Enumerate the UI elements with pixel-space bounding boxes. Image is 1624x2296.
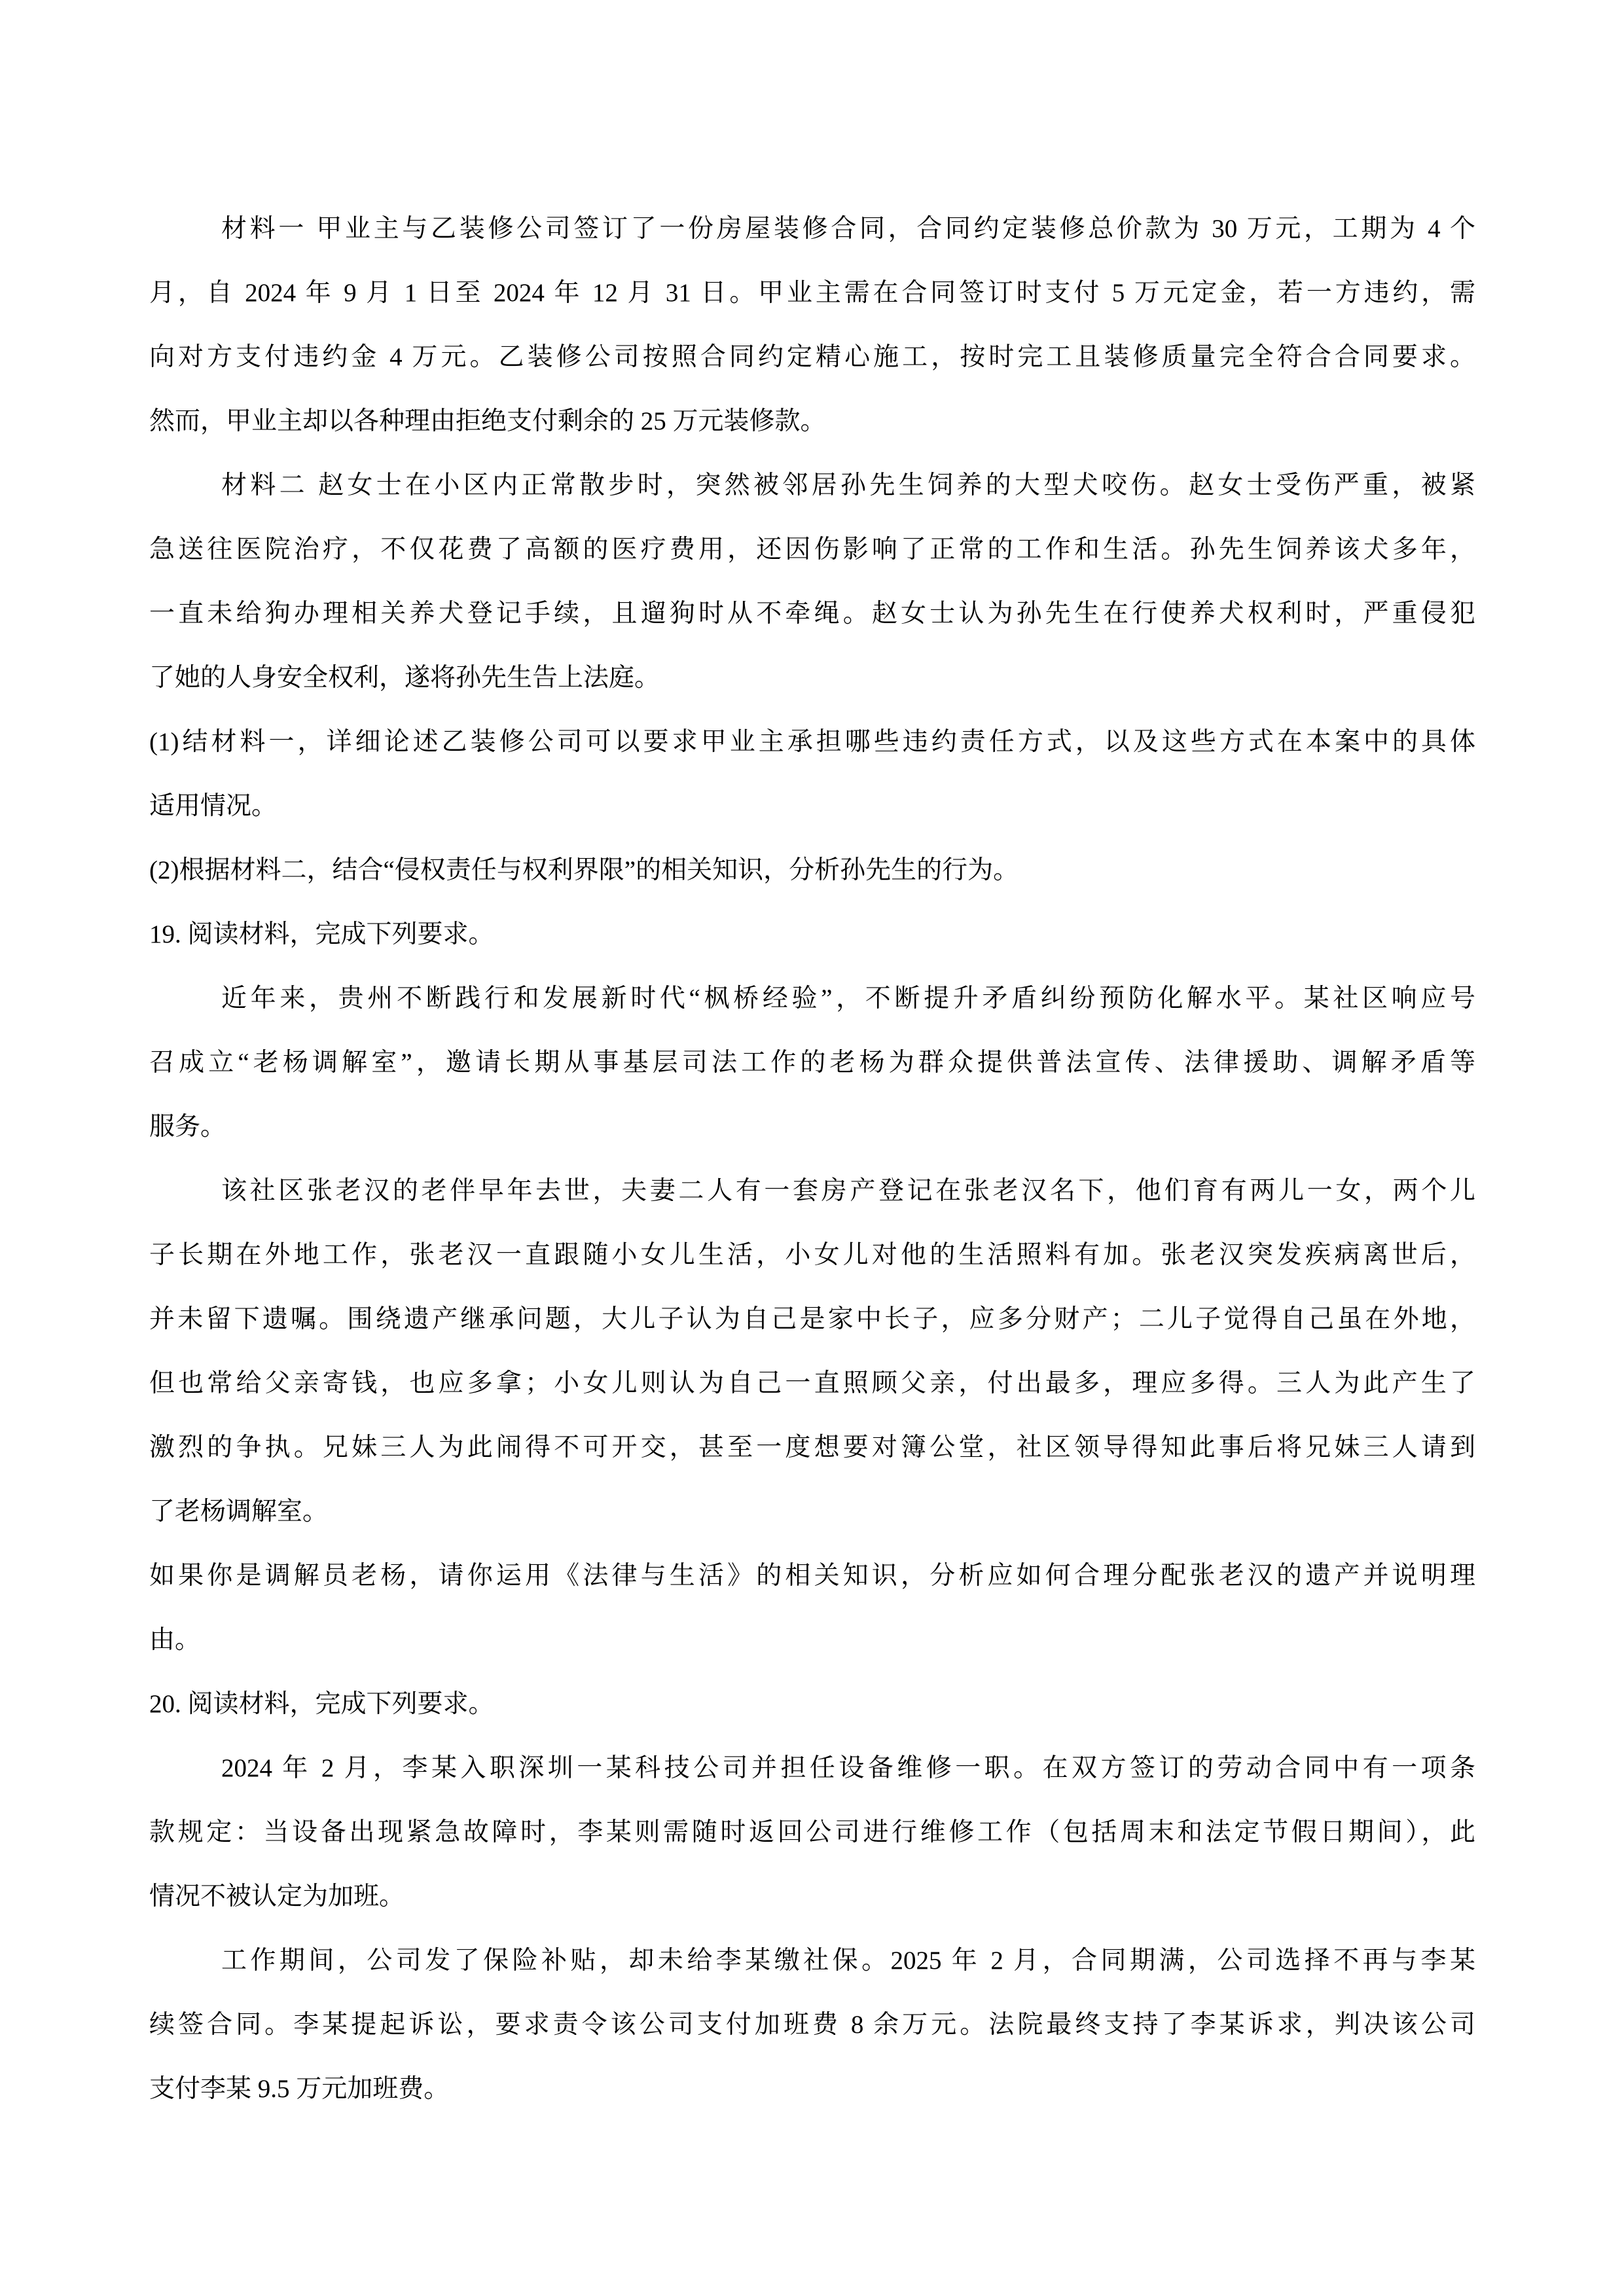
text-line: 19. 阅读材料，完成下列要求。 <box>149 903 1475 967</box>
text-line: 款规定：当设备出现紧急故障时，李某则需随时返回公司进行维修工作（包括周末和法定节… <box>149 1801 1475 1865</box>
text-line: 月，自 2024 年 9 月 1 日至 2024 年 12 月 31 日。甲业主… <box>149 261 1475 325</box>
text-line: (2)根据材料二，结合“侵权责任与权利界限”的相关知识，分析孙先生的行为。 <box>149 838 1475 903</box>
text-line: 服务。 <box>149 1095 1475 1159</box>
text-line: 了她的人身安全权利，遂将孙先生告上法庭。 <box>149 646 1475 710</box>
text-line: 但也常给父亲寄钱，也应多拿；小女儿则认为自己一直照顾父亲，付出最多，理应多得。三… <box>149 1352 1475 1416</box>
text-line: 子长期在外地工作，张老汉一直跟随小女儿生活，小女儿对他的生活照料有加。张老汉突发… <box>149 1223 1475 1287</box>
document-text-block: 材料一 甲业主与乙装修公司签订了一份房屋装修合同，合同约定装修总价款为 30 万… <box>149 197 1475 2121</box>
text-line: 激烈的争执。兄妹三人为此闹得不可开交，甚至一度想要对簿公堂，社区领导得知此事后将… <box>149 1416 1475 1480</box>
text-line: 然而，甲业主却以各种理由拒绝支付剩余的 25 万元装修款。 <box>149 389 1475 454</box>
text-line: 召成立“老杨调解室”，邀请长期从事基层司法工作的老杨为群众提供普法宣传、法律援助… <box>149 1031 1475 1095</box>
text-line: 该社区张老汉的老伴早年去世，夫妻二人有一套房产登记在张老汉名下，他们育有两儿一女… <box>149 1159 1475 1223</box>
text-line: 并未留下遗嘱。围绕遗产继承问题，大儿子认为自己是家中长子，应多分财产；二儿子觉得… <box>149 1287 1475 1352</box>
text-line: 如果你是调解员老杨，请你运用《法律与生活》的相关知识，分析应如何合理分配张老汉的… <box>149 1544 1475 1608</box>
text-line: 一直未给狗办理相关养犬登记手续，且遛狗时从不牵绳。赵女士认为孙先生在行使养犬权利… <box>149 582 1475 646</box>
text-line: 了老杨调解室。 <box>149 1480 1475 1544</box>
text-line: 情况不被认定为加班。 <box>149 1865 1475 1929</box>
text-line: 由。 <box>149 1608 1475 1672</box>
text-line: 近年来，贵州不断践行和发展新时代“枫桥经验”，不断提升矛盾纠纷预防化解水平。某社… <box>149 967 1475 1031</box>
text-line: 向对方支付违约金 4 万元。乙装修公司按照合同约定精心施工，按时完工且装修质量完… <box>149 325 1475 389</box>
text-line: 材料一 甲业主与乙装修公司签订了一份房屋装修合同，合同约定装修总价款为 30 万… <box>149 197 1475 261</box>
text-line: 材料二 赵女士在小区内正常散步时，突然被邻居孙先生饲养的大型犬咬伤。赵女士受伤严… <box>149 454 1475 518</box>
text-line: 工作期间，公司发了保险补贴，却未给李某缴社保。2025 年 2 月，合同期满，公… <box>149 1929 1475 1993</box>
exam-document-page: 材料一 甲业主与乙装修公司签订了一份房屋装修合同，合同约定装修总价款为 30 万… <box>0 0 1624 2296</box>
text-line: 2024 年 2 月，李某入职深圳一某科技公司并担任设备维修一职。在双方签订的劳… <box>149 1736 1475 1801</box>
text-line: (1)结材料一，详细论述乙装修公司可以要求甲业主承担哪些违约责任方式，以及这些方… <box>149 710 1475 774</box>
text-line: 20. 阅读材料，完成下列要求。 <box>149 1672 1475 1736</box>
text-line: 支付李某 9.5 万元加班费。 <box>149 2057 1475 2121</box>
text-line: 急送往医院治疗，不仅花费了高额的医疗费用，还因伤影响了正常的工作和生活。孙先生饲… <box>149 518 1475 582</box>
text-line: 适用情况。 <box>149 774 1475 838</box>
text-line: 续签合同。李某提起诉讼，要求责令该公司支付加班费 8 余万元。法院最终支持了李某… <box>149 1993 1475 2057</box>
